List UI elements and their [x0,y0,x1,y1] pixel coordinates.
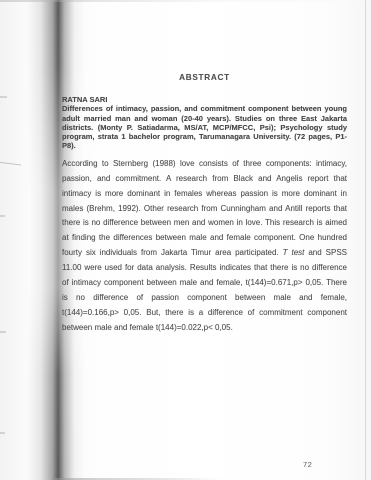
scan-artifact-dash [0,432,5,434]
abstract-body-paragraph: According to Sternberg (1988) love consi… [62,157,347,336]
abstract-body-part1: According to Sternberg (1988) love consi… [62,159,347,257]
abstract-heading: ABSTRACT [62,73,347,82]
abstract-body-italic-phrase: T test [283,248,305,257]
scan-artifact-dash [0,215,5,217]
abstract-content: ABSTRACT RATNA SARIDifferences of intima… [62,73,347,336]
page-number: 72 [303,460,312,469]
scanned-abstract-page: ABSTRACT RATNA SARIDifferences of intima… [0,0,371,480]
scan-artifact-line [0,162,21,166]
abstract-body-part2: and SPSS 11.00 were used for data analys… [62,248,347,332]
scan-artifact-dash [0,331,6,333]
scan-artifact-dash [0,96,7,98]
thesis-title-block: RATNA SARIDifferences of intimacy, passi… [62,95,347,151]
top-edge-shadow [0,0,371,2]
author-name: RATNA SARI [62,95,347,104]
right-edge-shadow [365,0,366,480]
thesis-title-text: Differences of intimacy, passion, and co… [62,104,347,150]
